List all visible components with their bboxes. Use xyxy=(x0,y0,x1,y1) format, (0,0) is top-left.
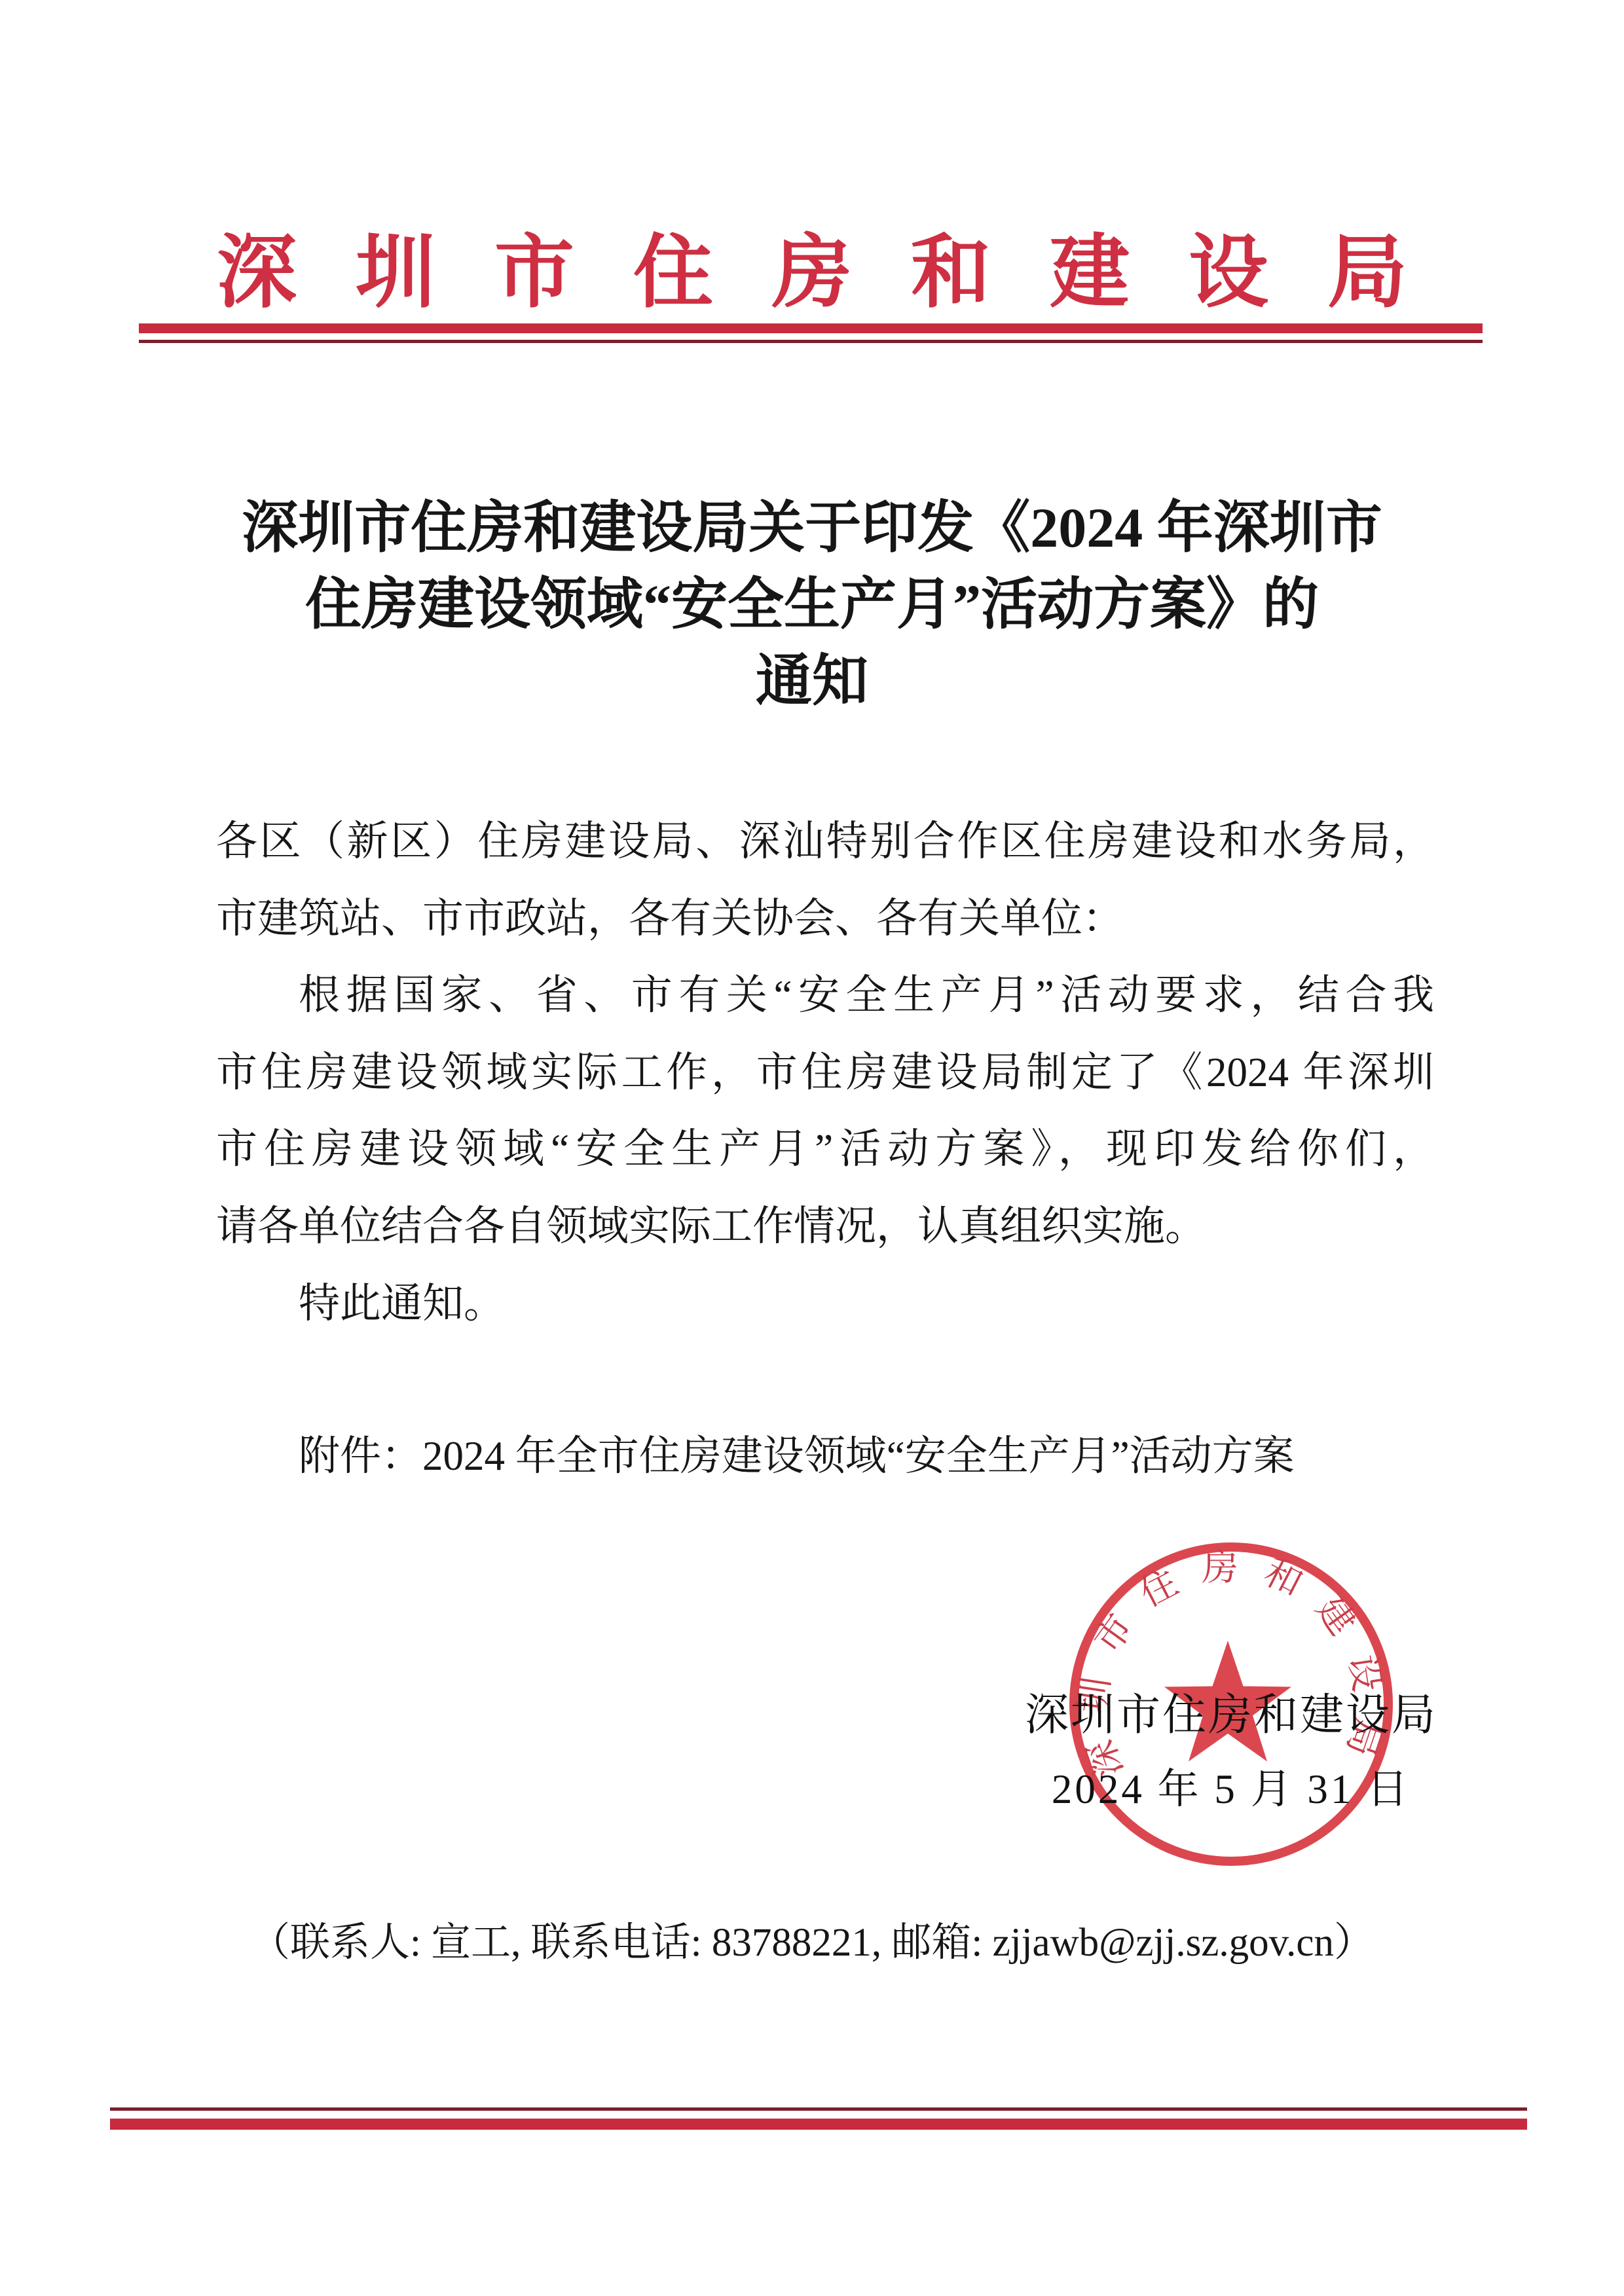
signature-date: 2024 年 5 月 31 日 xyxy=(936,1756,1526,1815)
letterhead-thin-rule xyxy=(139,340,1483,343)
recipients-line-1: 各区（新区）住房建设局、深汕特别合作区住房建设和水务局， xyxy=(216,803,1434,881)
paragraph-line-3: 市住房建设领域“安全生产月”活动方案》，现印发给你们， xyxy=(216,1111,1434,1188)
paragraph-line-2: 市住房建设领域实际工作，市住房建设局制定了《2024 年深圳 xyxy=(216,1034,1434,1112)
paragraph-line-1: 根据国家、省、市有关“安全生产月”活动要求，结合我 xyxy=(216,957,1434,1034)
notice-body: 各区（新区）住房建设局、深汕特别合作区住房建设和水务局， 市建筑站、市市政站，各… xyxy=(216,803,1434,1342)
official-notice-page: 深圳市住房和建设局 深圳市住房和建设局关于印发《2024 年深圳市 住房建设领域… xyxy=(0,0,1624,2296)
signature-agency-name: 深圳市住房和建设局 xyxy=(936,1680,1526,1743)
letterhead-thick-rule xyxy=(139,323,1483,333)
footer-thick-rule xyxy=(110,2119,1527,2130)
document-title-line-1: 深圳市住房和建设局关于印发《2024 年深圳市 xyxy=(0,490,1624,566)
closing-line: 特此通知。 xyxy=(216,1266,1434,1343)
contact-info-line: （联系人: 宣工, 联系电话: 83788221, 邮箱: zjjawb@zjj… xyxy=(0,1910,1624,1967)
document-title-line-3: 通知 xyxy=(0,643,1624,720)
attachment-line: 附件：2024 年全市住房建设领域“安全生产月”活动方案 xyxy=(216,1418,1434,1495)
document-title: 深圳市住房和建设局关于印发《2024 年深圳市 住房建设领域“安全生产月”活动方… xyxy=(0,490,1624,720)
document-title-line-2: 住房建设领域“安全生产月”活动方案》的 xyxy=(0,566,1624,643)
letterhead-agency-name: 深圳市住房和建设局 xyxy=(0,208,1624,323)
footer-thin-rule xyxy=(110,2107,1527,2111)
recipients-line-2: 市建筑站、市市政站，各有关协会、各有关单位： xyxy=(216,881,1434,958)
paragraph-line-4: 请各单位结合各自领域实际工作情况，认真组织实施。 xyxy=(216,1188,1434,1266)
